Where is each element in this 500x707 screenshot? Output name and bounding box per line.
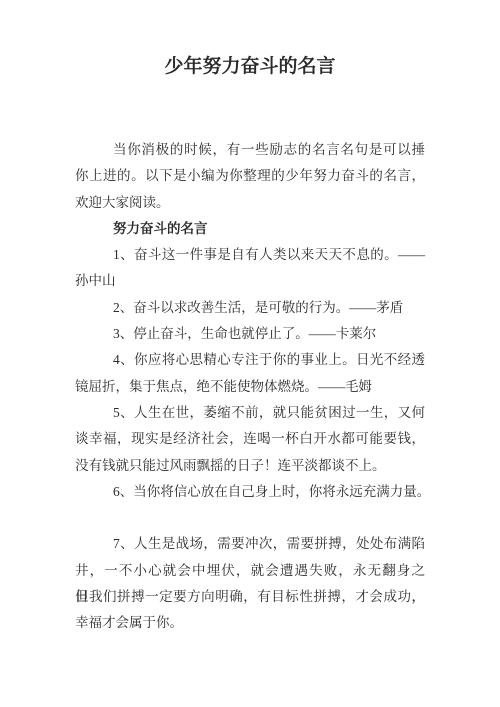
quote-paragraph-2: 2、奋斗以求改善生活，是可敬的行为。——茅盾 — [75, 295, 425, 321]
intro-paragraph: 当你消极的时候，有一些励志的名言名句是可以捶你上进的。以下是小编为你整理的少年努… — [75, 137, 425, 216]
quote-paragraph-7: 7、人生是战场，需要冲次，需要拼搏，处处布满陷井，一不小心就会中埋伏，就会遭遇失… — [75, 531, 425, 636]
quote-line: 1、奋斗这一件事是自有人类以来天天不息的。—— — [75, 242, 425, 268]
section-heading: 努力奋斗的名言 — [75, 216, 425, 242]
quote-line: 7、人生是战场，需要冲次，需要拼搏，处处布满陷 — [75, 531, 425, 557]
quote-line: 但我们拼搏一定要方向明确，有目标性拼搏，才会成功， — [75, 584, 425, 610]
quote-paragraph-4: 4、你应将心思精心专注于你的事业上。日光不经透镜屈折，集于焦点，绝不能使物体燃烧… — [75, 347, 425, 400]
document-body: 当你消极的时候，有一些励志的名言名句是可以捶你上进的。以下是小编为你整理的少年努… — [75, 137, 425, 637]
quote-line: 2、奋斗以求改善生活，是可敬的行为。——茅盾 — [75, 295, 425, 321]
quote-list: 1、奋斗这一件事是自有人类以来天天不息的。——孙中山2、奋斗以求改善生活，是可敬… — [75, 242, 425, 636]
quote-line: 4、你应将心思精心专注于你的事业上。日光不经透 — [75, 347, 425, 373]
quote-paragraph-3: 3、停止奋斗，生命也就停止了。——卡莱尔 — [75, 321, 425, 347]
quote-line: 幸福才会属于你。 — [75, 610, 425, 636]
quote-paragraph-6: 6、当你将信心放在自己身上时，你将永远充满力量。 — [75, 479, 425, 505]
quote-line: 孙中山 — [75, 268, 425, 294]
page-title: 少年努力奋斗的名言 — [75, 52, 425, 82]
quote-line: 5、人生在世，萎缩不前，就只能贫困过一生，又何 — [75, 400, 425, 426]
intro-line: 你上进的。以下是小编为你整理的少年努力奋斗的名言， — [75, 163, 425, 189]
intro-line: 当你消极的时候，有一些励志的名言名句是可以捶 — [75, 137, 425, 163]
quote-paragraph-5: 5、人生在世，萎缩不前，就只能贫困过一生，又何谈幸福，现实是经济社会，连喝一杯白… — [75, 400, 425, 479]
document-page: 少年努力奋斗的名言 当你消极的时候，有一些励志的名言名句是可以捶你上进的。以下是… — [0, 0, 500, 707]
quote-line: 6、当你将信心放在自己身上时，你将永远充满力量。 — [75, 479, 425, 505]
quote-line: 井，一不小心就会中埋伏，就会遭遇失败，永无翻身之日， — [75, 558, 425, 584]
quote-line: 没有钱就只能过风雨飘摇的日子！连平淡都谈不上。 — [75, 453, 425, 479]
quote-line: 3、停止奋斗，生命也就停止了。——卡莱尔 — [75, 321, 425, 347]
quote-paragraph-1: 1、奋斗这一件事是自有人类以来天天不息的。——孙中山 — [75, 242, 425, 295]
quote-line: 镜屈折，集于焦点，绝不能使物体燃烧。——毛姆 — [75, 374, 425, 400]
quote-line: 谈幸福，现实是经济社会，连喝一杯白开水都可能要钱， — [75, 426, 425, 452]
intro-line: 欢迎大家阅读。 — [75, 190, 425, 216]
